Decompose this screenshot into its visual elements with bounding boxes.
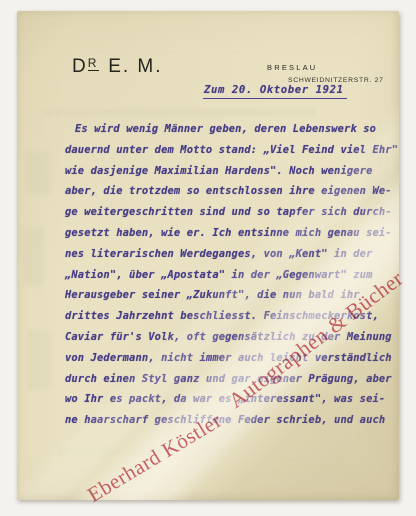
- typed-line: ne haarscharf geschliffene Feder schrieb…: [65, 410, 395, 431]
- letter-paper: DR E. M. BRESLAU SCHWEIDNITZERSTR. 27 Zu…: [17, 11, 399, 500]
- letterhead-name-d: D: [72, 56, 88, 77]
- typed-line: von Jedermann, nicht immer auch leicht v…: [65, 348, 395, 369]
- bleedthrough-smudge: [22, 226, 44, 286]
- typed-line: Caviar für's Volk, oft gegensätzlich zu …: [65, 327, 395, 348]
- date-line: Zum 20. Oktober 1921: [203, 84, 347, 99]
- typed-line: dauernd unter dem Motto stand: „Viel Fei…: [65, 140, 395, 161]
- bleedthrough-smudge: [27, 331, 53, 389]
- typed-line: Herausgeber seiner „Zukunft", die nun ba…: [65, 285, 395, 306]
- typed-line: gesetzt haben, wie er. Ich entsinne mich…: [65, 223, 395, 244]
- letterhead-name-r: R: [88, 56, 99, 71]
- letterhead-name-rest: E. M.: [108, 56, 162, 77]
- bleedthrough-smudge: [25, 151, 51, 195]
- bleedthrough-smudge: [45, 109, 315, 116]
- typed-line: wo Ihr es packt, da war es „interessant"…: [65, 389, 395, 410]
- letterhead-city: BRESLAU: [267, 63, 317, 72]
- typed-line: durch einen Styl ganz und gar eigener Pr…: [65, 369, 395, 390]
- letterhead-street: SCHWEIDNITZERSTR. 27: [288, 77, 384, 84]
- letter-body: Es wird wenig Männer geben, deren Lebens…: [65, 119, 395, 431]
- bleedthrough-smudge: [57, 449, 237, 455]
- letterhead-name: DR E. M.: [72, 56, 163, 78]
- typed-line: nes literarischen Werdeganges, von „Kent…: [65, 244, 395, 265]
- typed-line: „Nation", über „Apostata" in der „Gegenw…: [65, 265, 395, 286]
- typed-line: drittes Jahrzehnt beschliesst. Feinschme…: [65, 306, 395, 327]
- typed-line: aber, die trotzdem so entschlossen ihre …: [65, 181, 395, 202]
- scanned-letter-scene: DR E. M. BRESLAU SCHWEIDNITZERSTR. 27 Zu…: [0, 0, 416, 516]
- typed-line: wie dasjenige Maximilian Hardens". Noch …: [65, 161, 395, 182]
- typed-line: Es wird wenig Männer geben, deren Lebens…: [75, 119, 395, 140]
- typed-line: ge weitergeschritten sind und so tapfer …: [65, 202, 395, 223]
